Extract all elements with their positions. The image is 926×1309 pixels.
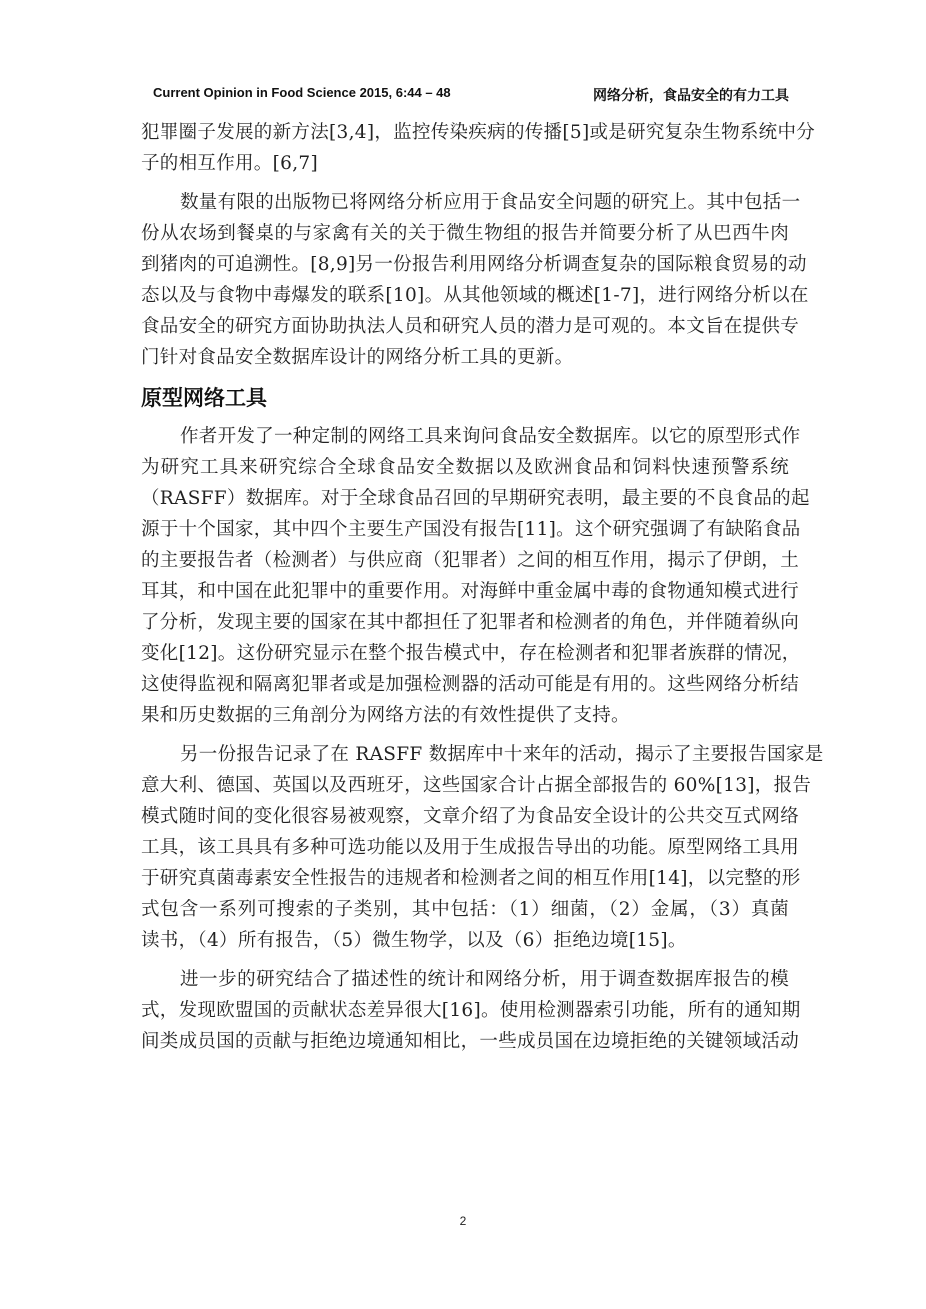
text-line: 工具，该工具具有多种可选功能以及用于生成报告导出的功能。原型网络工具用	[141, 832, 789, 863]
text-line: 这使得监视和隔离犯罪者或是加强检测器的活动可能是有用的。这些网络分析结	[141, 669, 789, 700]
text-line: 式包含一系列可搜索的子类别，其中包括：（1）细菌，（2）金属，（3）真菌	[141, 894, 789, 925]
text-line: 食品安全的研究方面协助执法人员和研究人员的潜力是可观的。本文旨在提供专	[141, 311, 789, 342]
text-line: 间类成员国的贡献与拒绝边境通知相比，一些成员国在边境拒绝的关键领域活动	[141, 1026, 789, 1057]
page-number: 2	[455, 1214, 471, 1228]
text-line: 态以及与食物中毒爆发的联系[10]。从其他领域的概述[1-7]，进行网络分析以在	[141, 280, 789, 311]
article-title: 网络分析，食品安全的有力工具	[593, 85, 789, 105]
paragraph: 进一步的研究结合了描述性的统计和网络分析，用于调查数据库报告的模 式，发现欧盟国…	[141, 964, 789, 1057]
paragraph: 数量有限的出版物已将网络分析应用于食品安全问题的研究上。其中包括一 份从农场到餐…	[141, 187, 789, 373]
text-line: 作者开发了一种定制的网络工具来询问食品安全数据库。以它的原型形式作	[141, 421, 789, 452]
text-line: 数量有限的出版物已将网络分析应用于食品安全问题的研究上。其中包括一	[141, 187, 789, 218]
text-line: 耳其，和中国在此犯罪中的重要作用。对海鲜中重金属中毒的食物通知模式进行	[141, 576, 789, 607]
paragraph: 犯罪圈子发展的新方法[3,4]，监控传染疾病的传播[5]或是研究复杂生物系统中分…	[141, 117, 789, 179]
text-line: 为研究工具来研究综合全球食品安全数据以及欧洲食品和饲料快速预警系统	[141, 452, 789, 483]
text-line: 的主要报告者（检测者）与供应商（犯罪者）之间的相互作用，揭示了伊朗，土	[141, 545, 789, 576]
text-line: 门针对食品安全数据库设计的网络分析工具的更新。	[141, 342, 789, 373]
running-header: Current Opinion in Food Science 2015, 6:…	[153, 85, 789, 105]
text-line: 读书，（4）所有报告，（5）微生物学，以及（6）拒绝边境[15]。	[141, 925, 789, 956]
text-line: 模式随时间的变化很容易被观察，文章介绍了为食品安全设计的公共交互式网络	[141, 801, 789, 832]
paragraph: 另一份报告记录了在 RASFF 数据库中十来年的活动，揭示了主要报告国家是 意大…	[141, 739, 789, 956]
body-content: 犯罪圈子发展的新方法[3,4]，监控传染疾病的传播[5]或是研究复杂生物系统中分…	[141, 117, 789, 1065]
section-heading: 原型网络工具	[141, 381, 789, 415]
text-line: 到猪肉的可追溯性。[8,9]另一份报告利用网络分析调查复杂的国际粮食贸易的动	[141, 249, 789, 280]
text-line: （RASFF）数据库。对于全球食品召回的早期研究表明，最主要的不良食品的起	[141, 483, 789, 514]
text-line: 份从农场到餐桌的与家禽有关的关于微生物组的报告并简要分析了从巴西牛肉	[141, 218, 789, 249]
text-line: 犯罪圈子发展的新方法[3,4]，监控传染疾病的传播[5]或是研究复杂生物系统中分	[141, 117, 789, 148]
text-line: 了分析，发现主要的国家在其中都担任了犯罪者和检测者的角色，并伴随着纵向	[141, 607, 789, 638]
text-line: 果和历史数据的三角剖分为网络方法的有效性提供了支持。	[141, 700, 789, 731]
text-line: 子的相互作用。[6,7]	[141, 148, 789, 179]
text-line: 另一份报告记录了在 RASFF 数据库中十来年的活动，揭示了主要报告国家是	[141, 739, 789, 770]
journal-citation: Current Opinion in Food Science 2015, 6:…	[153, 85, 451, 100]
text-line: 意大利、德国、英国以及西班牙，这些国家合计占据全部报告的 60%[13]，报告	[141, 770, 789, 801]
text-line: 于研究真菌毒素安全性报告的违规者和检测者之间的相互作用[14]，以完整的形	[141, 863, 789, 894]
paragraph: 作者开发了一种定制的网络工具来询问食品安全数据库。以它的原型形式作 为研究工具来…	[141, 421, 789, 731]
text-line: 进一步的研究结合了描述性的统计和网络分析，用于调查数据库报告的模	[141, 964, 789, 995]
document-page: Current Opinion in Food Science 2015, 6:…	[0, 0, 926, 1309]
text-line: 源于十个国家，其中四个主要生产国没有报告[11]。这个研究强调了有缺陷食品	[141, 514, 789, 545]
text-line: 式，发现欧盟国的贡献状态差异很大[16]。使用检测器索引功能，所有的通知期	[141, 995, 789, 1026]
text-line: 变化[12]。这份研究显示在整个报告模式中，存在检测者和犯罪者族群的情况，	[141, 638, 789, 669]
